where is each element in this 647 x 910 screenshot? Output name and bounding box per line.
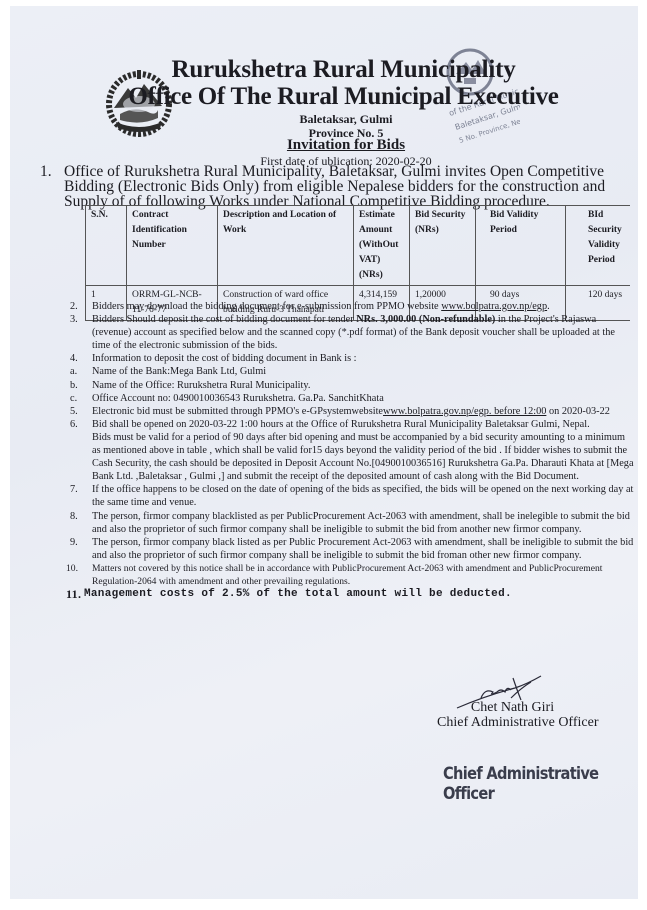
list-item: 3.Bidders Should deposit the cost of bid… [70,313,635,352]
intro-paragraph: 1. Office of Rurukshetra Rural Municipal… [40,164,630,209]
list-item: Bids must be valid for a period of 90 da… [70,431,635,483]
signatory-title: Chief Administrative Officer [437,715,598,731]
list-item: 4.Information to deposit the cost of bid… [70,352,635,365]
col-estimate: Estimate Amount (WithOut VAT) (NRs) [354,206,410,286]
list-item: 9.The person, firmor company black liste… [70,536,635,562]
municipality-title: Rurukshetra Rural Municipality [0,56,647,84]
list-item: 7.If the office happens to be closed on … [70,483,635,509]
notice-title: Invitation for Bids [0,137,647,154]
list-item: c.Office Account no: 0490010036543 Ruruk… [70,392,635,405]
col-security-validity: BId Security Validity Period [566,206,631,286]
document-fee: NRs. 3,000.00 (Non-refundable) [356,314,495,325]
col-bid-security: Bid Security (NRs) [410,206,476,286]
col-bid-validity: Bid Validity Period [476,206,566,286]
list-item: 8.The person, firmor company blacklisted… [70,510,635,536]
col-description: Description and Location of Work [218,206,354,286]
col-sn: S.N. [86,206,127,286]
list-item: 6.Bid shall be opened on 2020-03-22 1:00… [70,418,635,431]
office-title: Office Of The Rural Municipal Executive [0,83,647,111]
signatory-name: Chet Nath Giri [455,700,570,716]
list-item: 5.Electronic bid must be submitted throu… [70,405,635,418]
list-item: b.Name of the Office: Rurukshetra Rural … [70,379,635,392]
list-item: 2.Bidders may download the bidding docum… [70,300,635,313]
address: Baletaksar, Gulmi [0,112,647,127]
bolpatra-link[interactable]: www.bolpatra.gov.np/egp [441,301,547,312]
col-contract-id: Contract Identification Number [127,206,218,286]
conditions-list: 2.Bidders may download the bidding docum… [70,300,635,601]
egp-link[interactable]: www.bolpatra.gov.np/egp. before 12:00 [383,406,546,417]
intro-text: Office of Rurukshetra Rural Municipality… [64,164,630,209]
list-item: 10.Matters not covered by this notice sh… [70,562,635,588]
list-item: a.Name of the Bank:Mega Bank Ltd, Gulmi [70,365,635,378]
list-item-management-cost: 11.Management costs of 2.5% of the total… [66,588,635,601]
item-number: 1. [40,164,52,179]
table-header-row: S.N. Contract Identification Number Desc… [86,206,631,286]
seal-title: Chief Administrative Officer [443,764,618,804]
